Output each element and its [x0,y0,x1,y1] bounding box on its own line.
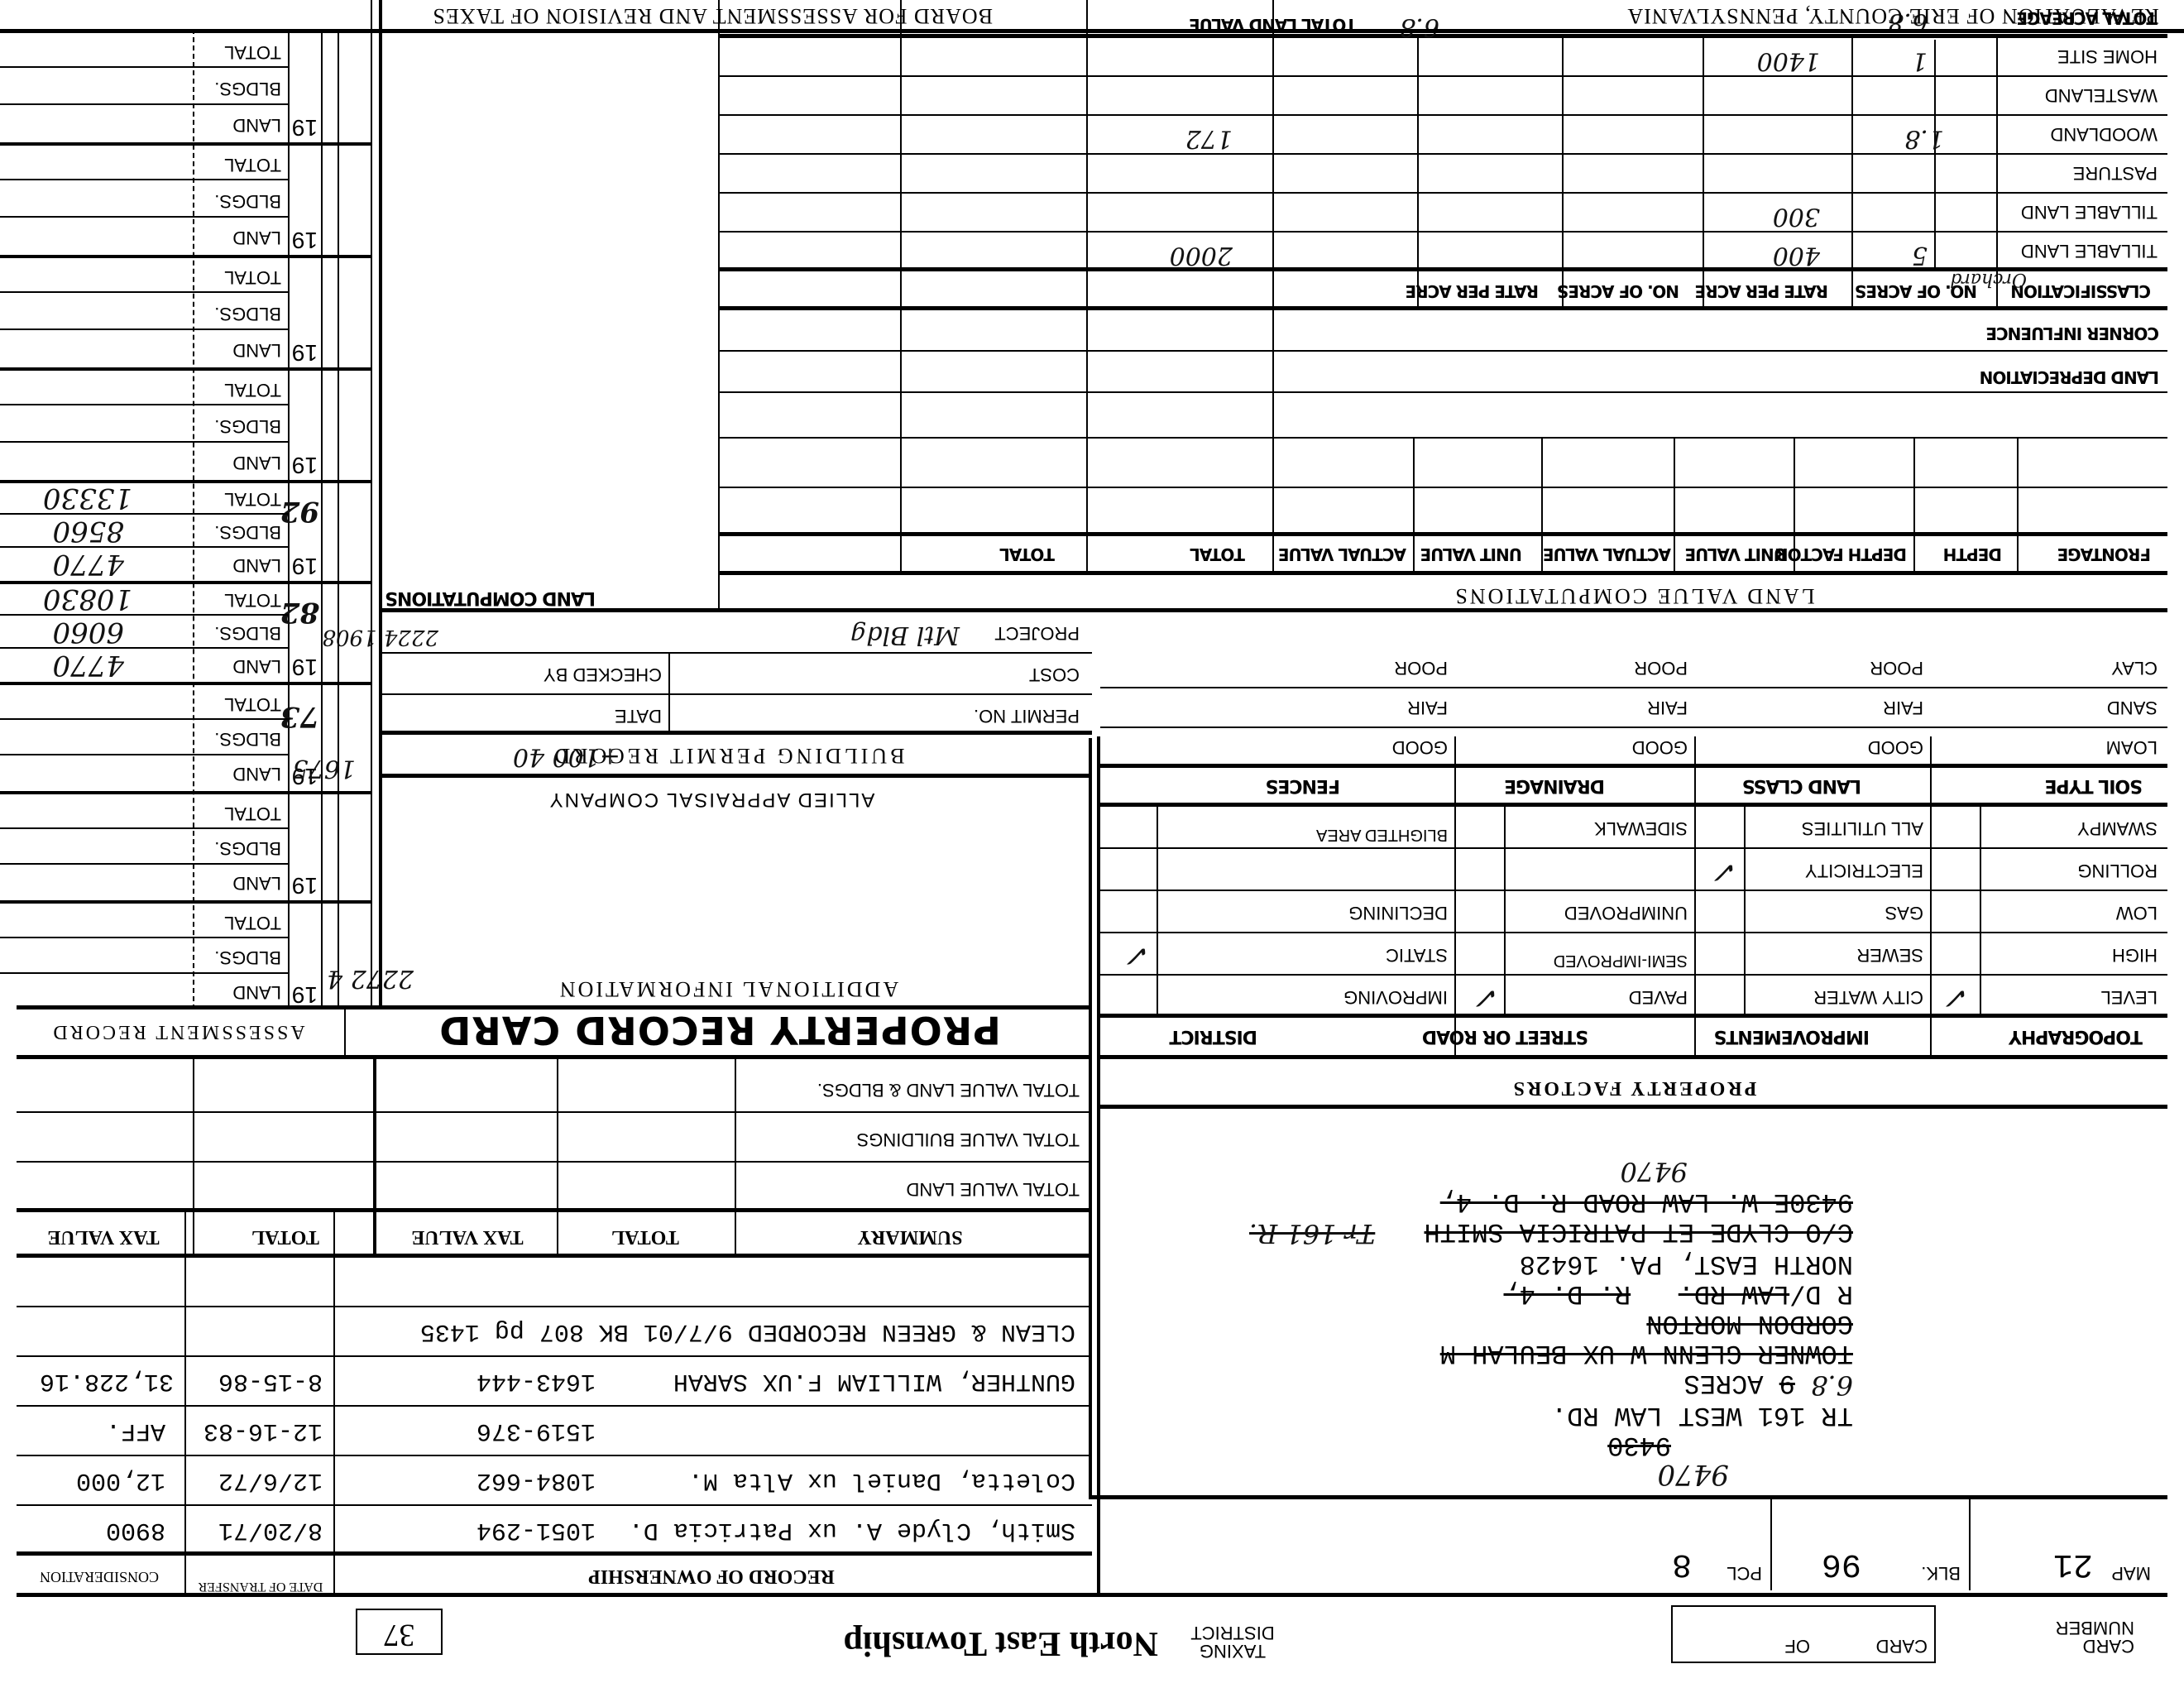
assessment-year-block: 19 73 1675 LAND BLDGS. TOTAL [0,682,372,791]
pcl-cell: PCL 8 [1439,1499,1770,1590]
factor-grid: LEVEL HIGH LOW ROLLING SWAMPY ✓ CITY WAT… [1100,807,2167,1018]
land-value-title: LAND VALUE COMPUTATIONS [1100,583,2167,608]
blk-cell: BLK. 96 [1770,1499,1969,1590]
ownership-row: GUNTHER, WILLIAM F.UX SARAH 1643-444 8-1… [17,1355,1092,1405]
acreage-row-label: WOODLAND [2050,123,2158,145]
assessment-bldgs: 8560 [52,515,124,548]
road: TR 161 WEST LAW RD. [1109,1400,1853,1430]
assessment-year-block: 19 LAND BLDGS. TOTAL [0,33,372,142]
date-label: DATE [615,705,662,727]
acreage-row-label: PASTURE [2073,162,2158,184]
assessment-year-block: 19 LAND BLDGS. TOTAL [0,142,372,255]
assessment-year-block: 19 LAND BLDGS. TOTAL [0,367,372,480]
ownership-col-date: DATE OF TRANSFER [190,1580,331,1594]
taxing-district: North East Township [844,1623,1158,1663]
city-line: NORTH EAST, PA. 16428 [1109,1249,1853,1278]
building-permit-title: BUILDING PERMIT RECORD [389,743,1067,768]
ownership-title: RECORD OF OWNERSHIP [339,1565,1084,1587]
ownership-row: Smith, Clyde A. ux Patricia D. 1051-294 … [17,1504,1092,1554]
factor-headers: TOPOGRAPHY IMPROVEMENTS STREET OR ROAD D… [1100,1018,2167,1055]
address-block: 9470 9430 TR 161 WEST LAW RD. 6.8 9 ACRE… [1109,1157,1853,1489]
land-depreciation-label: LAND DEPRECIATION [1980,367,2159,387]
summary-title: SUMMARY [736,1225,1084,1248]
taxing-district-label: TAXING DISTRICT [1183,1623,1282,1660]
check-icon: ✓ [1476,981,1501,1014]
assessment-title: ASSESSMENT RECORD [17,1020,339,1043]
assessment-total: 13330 [43,482,132,515]
ownership-row: CLEAN & GREEN RECORDED 9/7/01 BK 807 pg … [17,1306,1092,1355]
allied-label: ALLIED APPRAISAL COMPANY [422,788,1001,811]
property-factors-title: PROPERTY FACTORS [1100,1077,2167,1099]
assessment-land: 4770 [52,649,124,682]
assessment-year-block: 19 92 LAND BLDGS. TOTAL 4770 8560 13330 [0,480,372,581]
ownership-row [17,1256,1092,1306]
project-label: PROJECT [994,622,1080,644]
rating-headers: SOIL TYPE LAND CLASS DRAINAGE FENCES [1100,768,2167,803]
assessment-land: 4770 [52,548,124,581]
rating-grid: LOAM SAND CLAY GOOD FAIR POOR GOOD FAIR … [1100,644,2167,768]
ownership-row: 1519-376 12-16-83 AFF. [17,1405,1092,1455]
of-label: OF [1784,1635,1810,1657]
property-record-card: CARD NUMBER CARD OF TAXING DISTRICT Nort… [0,0,2184,1688]
acreage-row-label: HOME SITE [2057,46,2158,67]
assessment-total: 10830 [43,583,132,616]
blk-value: 96 [1822,1545,1861,1582]
acreage-row-label: TILLABLE LAND [2021,240,2158,261]
check-icon: ✓ [1127,938,1152,972]
card-label: CARD [1876,1635,1928,1657]
assessment-year-block: 19 LAND BLDGS. TOTAL [0,900,372,1009]
land-value-headers: FRONTAGE DEPTH DEPTH FACTOR UNIT VALUE A… [720,538,2167,571]
box-number: 37 [356,1609,443,1655]
pcl-value: 8 [1672,1545,1692,1582]
checked-by-label: CHECKED BY [544,664,662,685]
map-cell: MAP 21 [1969,1499,2159,1590]
corner-influence-label: CORNER INFLUENCE [1986,324,2159,343]
cost-label: COST [1029,664,1080,685]
summary-row-buildings: TOTAL VALUE BUILDINGS [857,1129,1080,1150]
former-owner-2: GORDON MORTON [1109,1308,1853,1338]
acreage-row-label: WASTELAND [2045,84,2158,106]
card-title: PROPERTY RECORD CARD [356,1008,1084,1053]
former-owner-1: TOWNER GLENN W UX BEULAH M [1109,1338,1853,1368]
ownership-row: Coletta, Daniel ux Alta M. 1084-662 12/6… [17,1455,1092,1504]
house-number-new: 9470 [1109,1460,1729,1489]
assessment-year-block: 19 LAND BLDGS. TOTAL [0,255,372,367]
project-value: Mtl Bldg [850,621,960,650]
map-value: 21 [2053,1545,2093,1582]
check-icon: ✓ [1714,855,1739,889]
card-of-box: CARD OF [1671,1605,1936,1663]
county-title: REVALUATION OF ERIE COUNTY, PENNSYLVANIA [1626,3,2159,28]
summary-row-total: TOTAL VALUE LAND & BLDGS. [817,1079,1080,1101]
permit-no-label: PERMIT NO. [974,705,1080,727]
assessment-bldgs: 6060 [52,616,124,649]
ownership-col-consideration: CONSIDERATION [17,1568,182,1585]
assessment-year-block: 19 LAND BLDGS. TOTAL [0,791,372,900]
land-computations-label: LAND COMPUTATIONS [386,587,596,608]
card-number-label: CARD NUMBER [2019,1618,2134,1655]
summary-row-land: TOTAL VALUE LAND [907,1178,1080,1200]
additional-info-label: ADDITIONAL INFORMATION [414,976,1042,1001]
check-icon: ✓ [1946,981,1971,1014]
board-title: BOARD FOR ASSESSMENT AND REVISION OF TAX… [432,3,993,28]
acreage-rows: TILLABLE LAND TILLABLE LAND PASTURE WOOD… [720,0,2167,271]
house-number-old: 9430 [1109,1430,1671,1460]
acreage-row-label: TILLABLE LAND [2021,201,2158,223]
total-land-value: 6.8 [1400,12,1439,41]
assessment-blocks: 19 LAND BLDGS. TOTAL 19 LAND BLDGS. TOTA… [0,29,372,1009]
assessment-year-block: 19 82 LAND BLDGS. TOTAL 4770 6060 10830 [0,581,372,682]
